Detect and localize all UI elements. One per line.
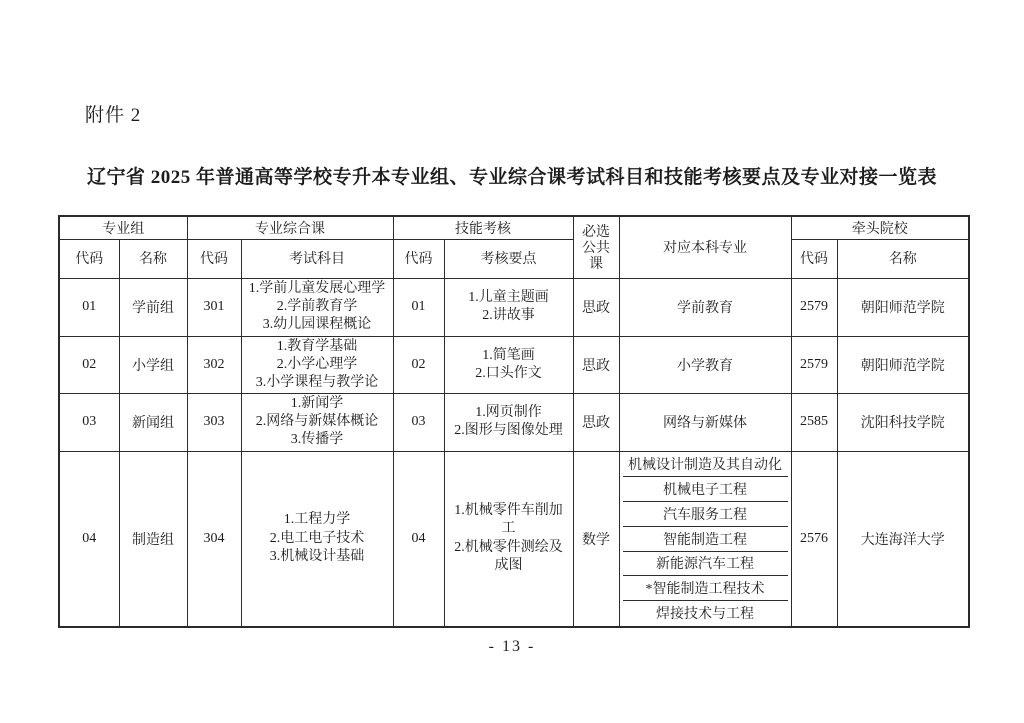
group-code: 01 — [59, 278, 119, 336]
public-course: 思政 — [573, 278, 619, 336]
course-code: 301 — [187, 278, 241, 336]
assessment-points: 1.儿童主题画 2.讲故事 — [444, 278, 573, 336]
table-header-row-2: 代码 名称 代码 考试科目 代码 考核要点 代码 名称 — [59, 239, 969, 278]
exam-subjects: 1.学前儿童发展心理学 2.学前教育学 3.幼儿园课程概论 — [241, 278, 393, 336]
college-name: 朝阳师范学院 — [837, 336, 969, 394]
skill-code: 04 — [393, 451, 444, 627]
header-lead-college: 牵头院校 — [791, 216, 969, 239]
major-item: 焊接技术与工程 — [623, 601, 788, 625]
college-code: 2576 — [791, 451, 837, 627]
header-group: 专业组 — [59, 216, 187, 239]
college-name: 朝阳师范学院 — [837, 278, 969, 336]
skill-code: 01 — [393, 278, 444, 336]
group-name: 制造组 — [119, 451, 187, 627]
assessment-points: 1.简笔画 2.口头作文 — [444, 336, 573, 394]
group-name: 新闻组 — [119, 394, 187, 452]
table-row: 03 新闻组 303 1.新闻学 2.网络与新媒体概论 3.传播学 03 1.网… — [59, 394, 969, 452]
main-table: 专业组 专业综合课 技能考核 必选公共课 对应本科专业 牵头院校 代码 名称 代… — [58, 215, 970, 628]
table-row: 01 学前组 301 1.学前儿童发展心理学 2.学前教育学 3.幼儿园课程概论… — [59, 278, 969, 336]
skill-code: 02 — [393, 336, 444, 394]
college-name: 沈阳科技学院 — [837, 394, 969, 452]
header-corresponding-majors: 对应本科专业 — [619, 216, 791, 278]
attachment-label: 附件 2 — [85, 100, 141, 127]
major-item: 智能制造工程 — [623, 527, 788, 552]
group-name: 学前组 — [119, 278, 187, 336]
assessment-points: 1.机械零件车削加工 2.机械零件测绘及成图 — [444, 451, 573, 627]
header-exam-subjects: 考试科目 — [241, 239, 393, 278]
major-item: *智能制造工程技术 — [623, 576, 788, 601]
document-page: 附件 2 辽宁省 2025 年普通高等学校专升本专业组、专业综合课考试科目和技能… — [0, 0, 1024, 723]
skill-code: 03 — [393, 394, 444, 452]
table-row: 02 小学组 302 1.教育学基础 2.小学心理学 3.小学课程与教学论 02… — [59, 336, 969, 394]
assessment-points: 1.网页制作 2.图形与图像处理 — [444, 394, 573, 452]
header-comprehensive-course: 专业综合课 — [187, 216, 393, 239]
college-code: 2579 — [791, 278, 837, 336]
header-group-code: 代码 — [59, 239, 119, 278]
corresponding-major: 小学教育 — [619, 336, 791, 394]
document-title: 辽宁省 2025 年普通高等学校专升本专业组、专业综合课考试科目和技能考核要点及… — [0, 162, 1024, 189]
corresponding-major: 网络与新媒体 — [619, 394, 791, 452]
header-group-name: 名称 — [119, 239, 187, 278]
major-item: 汽车服务工程 — [623, 502, 788, 527]
major-item: 新能源汽车工程 — [623, 552, 788, 577]
corresponding-major: 学前教育 — [619, 278, 791, 336]
exam-subjects: 1.教育学基础 2.小学心理学 3.小学课程与教学论 — [241, 336, 393, 394]
majors-list: 机械设计制造及其自动化 机械电子工程 汽车服务工程 智能制造工程 新能源汽车工程… — [623, 453, 788, 625]
public-course: 思政 — [573, 394, 619, 452]
college-name: 大连海洋大学 — [837, 451, 969, 627]
header-college-code: 代码 — [791, 239, 837, 278]
group-code: 02 — [59, 336, 119, 394]
public-course: 数学 — [573, 451, 619, 627]
college-code: 2579 — [791, 336, 837, 394]
public-course: 思政 — [573, 336, 619, 394]
group-name: 小学组 — [119, 336, 187, 394]
group-code: 03 — [59, 394, 119, 452]
exam-subjects: 1.工程力学 2.电工电子技术 3.机械设计基础 — [241, 451, 393, 627]
header-course-code: 代码 — [187, 239, 241, 278]
header-skill-code: 代码 — [393, 239, 444, 278]
header-skill-assessment: 技能考核 — [393, 216, 573, 239]
page-number: - 13 - — [0, 638, 1024, 656]
exam-subjects: 1.新闻学 2.网络与新媒体概论 3.传播学 — [241, 394, 393, 452]
course-code: 304 — [187, 451, 241, 627]
table-header-row-1: 专业组 专业综合课 技能考核 必选公共课 对应本科专业 牵头院校 — [59, 216, 969, 239]
corresponding-majors-group: 机械设计制造及其自动化 机械电子工程 汽车服务工程 智能制造工程 新能源汽车工程… — [619, 451, 791, 627]
major-item: 机械电子工程 — [623, 477, 788, 502]
major-item: 机械设计制造及其自动化 — [623, 453, 788, 478]
header-assessment-points: 考核要点 — [444, 239, 573, 278]
group-code: 04 — [59, 451, 119, 627]
college-code: 2585 — [791, 394, 837, 452]
header-required-public-course: 必选公共课 — [573, 216, 619, 278]
header-college-name: 名称 — [837, 239, 969, 278]
table-row: 04 制造组 304 1.工程力学 2.电工电子技术 3.机械设计基础 04 1… — [59, 451, 969, 627]
course-code: 302 — [187, 336, 241, 394]
course-code: 303 — [187, 394, 241, 452]
